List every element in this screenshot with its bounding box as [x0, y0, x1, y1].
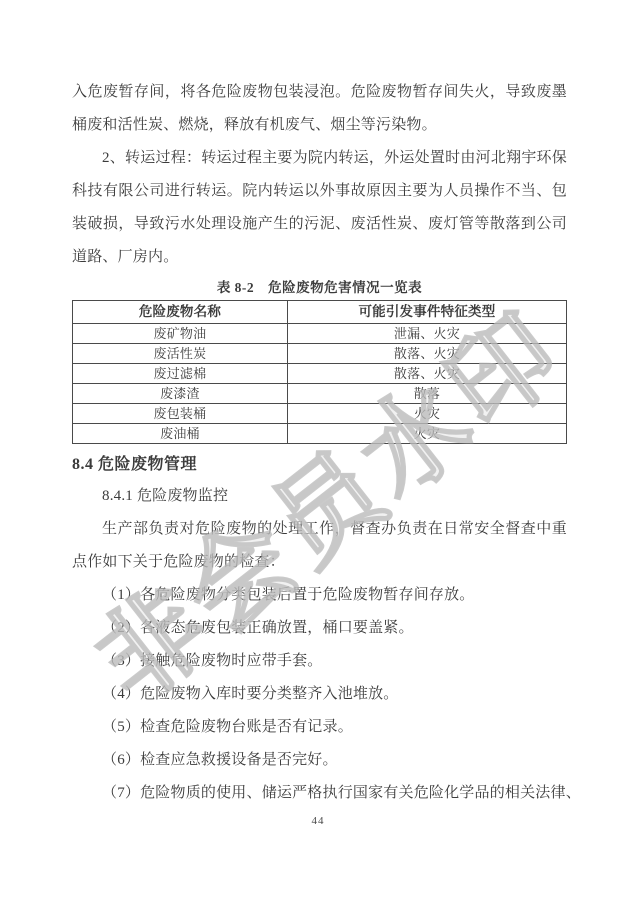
- checklist-item-2: （2）各液态危废包装正确放置，桶口要盖紧。: [72, 612, 567, 645]
- cell-waste-name: 废油桶: [73, 424, 288, 444]
- checklist-item-4: （4）危险废物入库时要分类整齐入池堆放。: [72, 678, 567, 711]
- paragraph-monitoring-intro: 生产部负责对危险废物的处理工作，督查办负责在日常安全督查中重点作如下关于危险废物…: [72, 513, 567, 579]
- table-row: 废油桶 火灾: [73, 424, 567, 444]
- column-header-waste-name: 危险废物名称: [73, 301, 288, 324]
- hazard-table: 危险废物名称 可能引发事件特征类型 废矿物油 泄漏、火灾 废活性炭 散落、火灾 …: [72, 300, 567, 444]
- cell-waste-name: 废漆渣: [73, 384, 288, 404]
- table-row: 废包装桶 火灾: [73, 404, 567, 424]
- subsection-heading-8-4-1: 8.4.1 危险废物监控: [72, 480, 567, 513]
- cell-hazard-type: 散落、火灾: [287, 344, 566, 364]
- table-caption: 表 8-2 危险废物危害情况一览表: [72, 278, 567, 298]
- checklist-item-5: （5）检查危险废物台账是否有记录。: [72, 711, 567, 744]
- cell-waste-name: 废过滤棉: [73, 364, 288, 384]
- table-row: 废活性炭 散落、火灾: [73, 344, 567, 364]
- table-row: 废漆渣 散落: [73, 384, 567, 404]
- table-row: 废矿物油 泄漏、火灾: [73, 324, 567, 344]
- paragraph-transfer-process: 2、转运过程：转运过程主要为院内转运，外运处置时由河北翔宇环保科技有限公司进行转…: [72, 142, 567, 274]
- cell-hazard-type: 火灾: [287, 404, 566, 424]
- cell-hazard-type: 散落: [287, 384, 566, 404]
- checklist-item-1: （1）各危险废物分类包装后置于危险废物暂存间存放。: [72, 579, 567, 612]
- section-heading-8-4: 8.4 危险废物管理: [72, 454, 567, 476]
- column-header-event-type: 可能引发事件特征类型: [287, 301, 566, 324]
- document-page: 非会员水印 入危废暂存间，将各危险废物包装浸泡。危险废物暂存间失火，导致废墨桶废…: [0, 0, 636, 900]
- cell-hazard-type: 泄漏、火灾: [287, 324, 566, 344]
- table-row: 废过滤棉 散落、火灾: [73, 364, 567, 384]
- table-header-row: 危险废物名称 可能引发事件特征类型: [73, 301, 567, 324]
- hazard-table-header: 危险废物名称 可能引发事件特征类型: [73, 301, 567, 324]
- cell-waste-name: 废矿物油: [73, 324, 288, 344]
- cell-waste-name: 废包装桶: [73, 404, 288, 424]
- page-number: 44: [0, 815, 636, 827]
- cell-waste-name: 废活性炭: [73, 344, 288, 364]
- hazard-table-body: 废矿物油 泄漏、火灾 废活性炭 散落、火灾 废过滤棉 散落、火灾 废漆渣 散落 …: [73, 324, 567, 444]
- checklist-item-7: （7）危险物质的使用、储运严格执行国家有关危险化学品的相关法律、: [72, 777, 567, 810]
- paragraph-continuation: 入危废暂存间，将各危险废物包装浸泡。危险废物暂存间失火，导致废墨桶废和活性炭、燃…: [72, 76, 567, 142]
- checklist-item-6: （6）检查应急救援设备是否完好。: [72, 744, 567, 777]
- page-content: 入危废暂存间，将各危险废物包装浸泡。危险废物暂存间失火，导致废墨桶废和活性炭、燃…: [72, 0, 567, 810]
- cell-hazard-type: 火灾: [287, 424, 566, 444]
- cell-hazard-type: 散落、火灾: [287, 364, 566, 384]
- checklist-item-3: （3）接触危险废物时应带手套。: [72, 645, 567, 678]
